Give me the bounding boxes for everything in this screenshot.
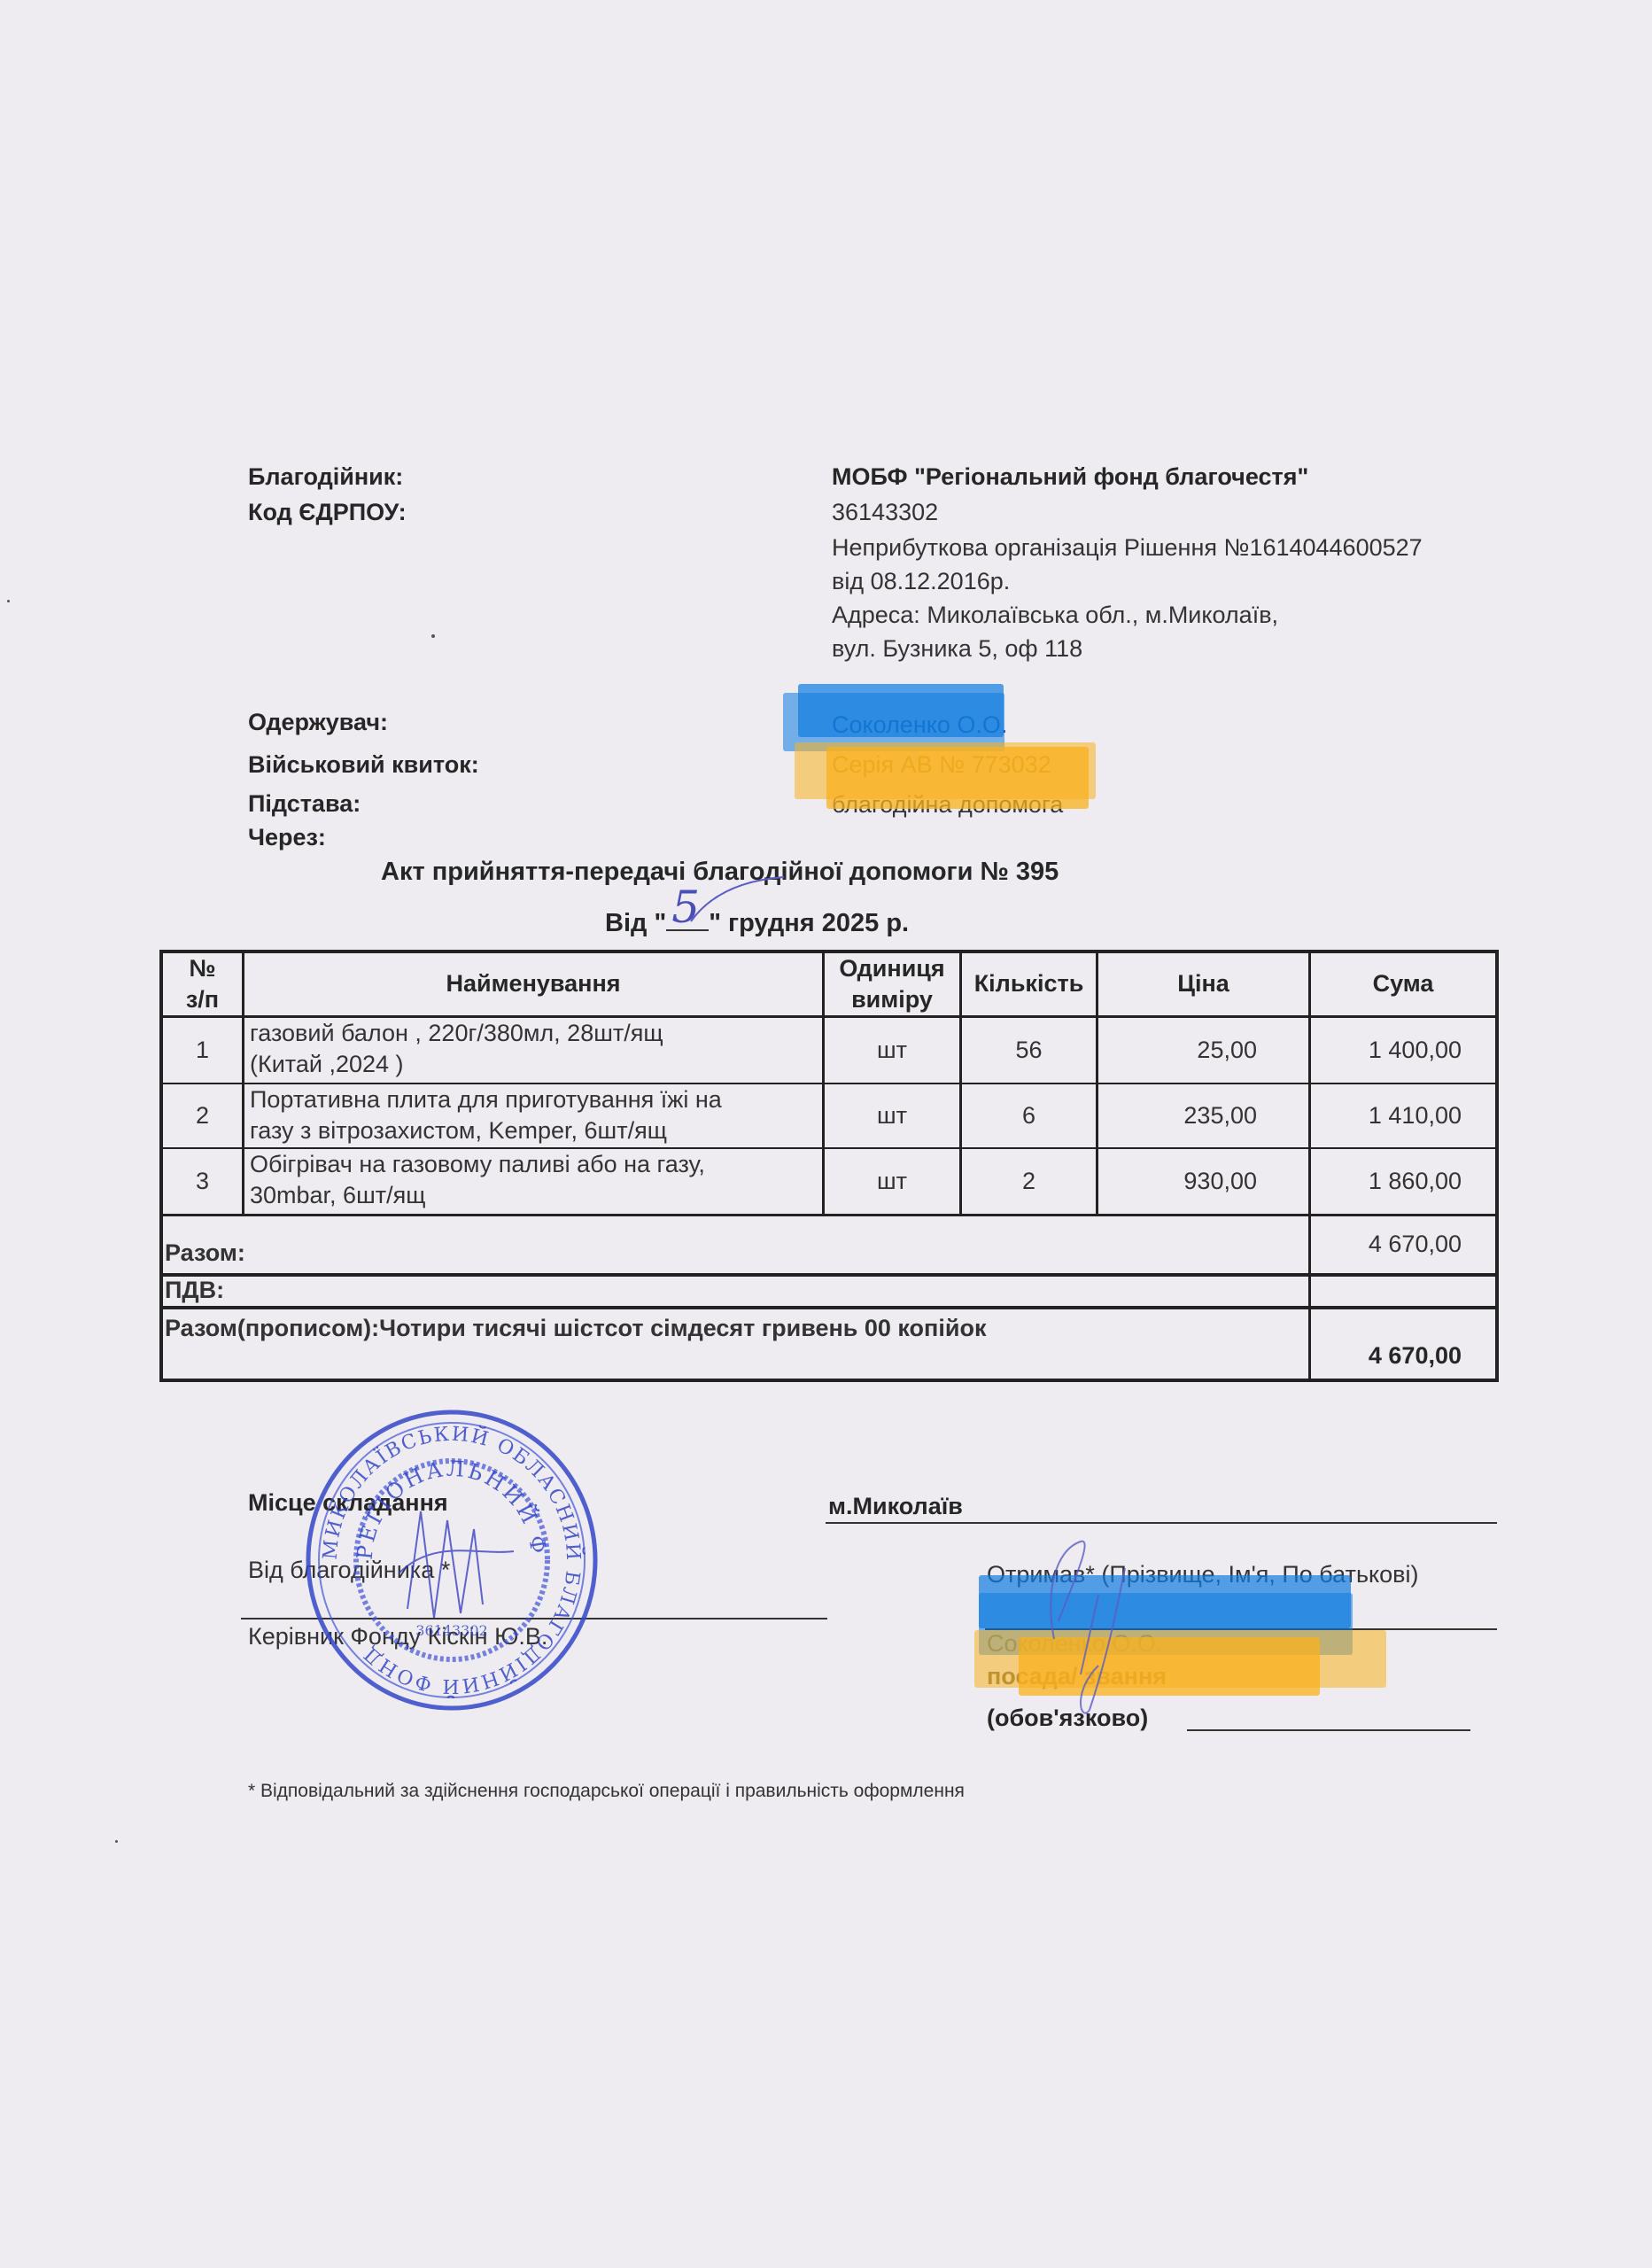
footnote: * Відповідальний за здійснення господарс…	[248, 1781, 965, 1802]
words-total: 4 670,00	[1311, 1334, 1495, 1379]
row-name: Обігрівач на газовому паливі або на газу…	[244, 1149, 822, 1214]
amount-in-words: Разом(прописом):Чотири тисячі шістсот сі…	[165, 1315, 986, 1342]
header-num-line1: №	[189, 953, 215, 984]
table-rule	[163, 1214, 1495, 1216]
military-id-label: Військовий квиток:	[248, 751, 479, 779]
row-name-line1: Обігрівач на газовому паливі або на газу…	[250, 1149, 705, 1180]
date-prefix: Від "	[605, 909, 666, 937]
items-table: № з/п Найменування Одиниця виміру Кількі…	[159, 950, 1499, 1382]
words-label: Разом(прописом):	[165, 1315, 379, 1341]
words-value: Чотири тисячі шістсот сімдесят гривень 0…	[379, 1315, 986, 1341]
total-label: Разом:	[165, 1239, 245, 1267]
donor-label: Благодійник:	[248, 463, 403, 491]
row-name-line2: 30mbar, 6шт/ящ	[250, 1180, 425, 1211]
total-value: 4 670,00	[1311, 1216, 1495, 1273]
donor-value: МОБФ "Регіональний фонд благочестя"	[832, 463, 1308, 491]
row-name-line1: Портативна плита для приготування їжі на	[250, 1084, 722, 1115]
row-num: 3	[163, 1149, 242, 1214]
row-name-line2: (Китай ,2024 )	[250, 1049, 404, 1080]
header-qty: Кількість	[962, 953, 1096, 1015]
redaction-mark-yellow	[826, 747, 1089, 809]
row-name: газовий балон , 220г/380мл, 28шт/ящ (Кит…	[244, 1018, 822, 1083]
place-underline	[826, 1522, 1497, 1524]
row-price: 25,00	[1098, 1018, 1308, 1083]
header-num-line2: з/п	[186, 984, 219, 1015]
official-stamp-icon: МИКОЛАЇВСЬКИЙ ОБЛАСНИЙ БЛАГОДІЙНИЙ ФОНД …	[301, 1405, 602, 1715]
vat-label: ПДВ:	[165, 1277, 224, 1304]
header-sum: Сума	[1311, 953, 1495, 1015]
row-sum: 1 400,00	[1311, 1018, 1495, 1083]
pen-stroke-icon	[686, 873, 793, 926]
row-qty: 2	[962, 1149, 1096, 1214]
header-unit-line1: Одиниця	[839, 953, 944, 984]
recipient-label: Одержувач:	[248, 709, 388, 736]
header-name: Найменування	[244, 953, 822, 1015]
row-unit: шт	[825, 1149, 959, 1214]
row-unit: шт	[825, 1018, 959, 1083]
nonprofit-decision: Неприбуткова організація Рішення №161404…	[832, 534, 1423, 562]
row-qty: 56	[962, 1018, 1096, 1083]
via-label: Через:	[248, 824, 326, 851]
header-unit-line2: виміру	[851, 984, 933, 1015]
nonprofit-date: від 08.12.2016р.	[832, 568, 1010, 595]
row-price: 235,00	[1098, 1084, 1308, 1147]
edrpou-label: Код ЄДРПОУ:	[248, 499, 407, 526]
header-price: Ціна	[1098, 953, 1308, 1015]
row-num: 2	[163, 1084, 242, 1147]
place-value: м.Миколаїв	[828, 1493, 963, 1520]
row-sum: 1 410,00	[1311, 1084, 1495, 1147]
paper-speck	[7, 600, 10, 602]
row-name-line1: газовий балон , 220г/380мл, 28шт/ящ	[250, 1018, 663, 1049]
edrpou-value: 36143302	[832, 499, 938, 526]
handwritten-signature-icon	[1019, 1533, 1160, 1736]
row-unit: шт	[825, 1084, 959, 1147]
header-unit: Одиниця виміру	[825, 953, 959, 1015]
redaction-mark-blue	[798, 684, 1004, 737]
row-sum: 1 860,00	[1311, 1149, 1495, 1214]
paper-speck	[431, 634, 435, 638]
header-num: № з/п	[163, 953, 242, 1015]
row-name: Портативна плита для приготування їжі на…	[244, 1084, 822, 1147]
table-rule	[163, 1306, 1495, 1309]
vat-value	[1311, 1277, 1495, 1306]
paper-speck	[115, 1840, 118, 1843]
basis-label: Підстава:	[248, 790, 361, 818]
table-rule	[163, 1273, 1495, 1277]
row-num: 1	[163, 1018, 242, 1083]
address-line1: Адреса: Миколаївська обл., м.Миколаїв,	[832, 602, 1278, 629]
row-name-line2: газу з вітрозахистом, Kemper, 6шт/ящ	[250, 1115, 667, 1146]
address-line2: вул. Бузника 5, оф 118	[832, 635, 1082, 663]
row-price: 930,00	[1098, 1149, 1308, 1214]
svg-text:36143302: 36143302	[415, 1622, 487, 1639]
row-qty: 6	[962, 1084, 1096, 1147]
mandatory-underline	[1187, 1729, 1470, 1731]
